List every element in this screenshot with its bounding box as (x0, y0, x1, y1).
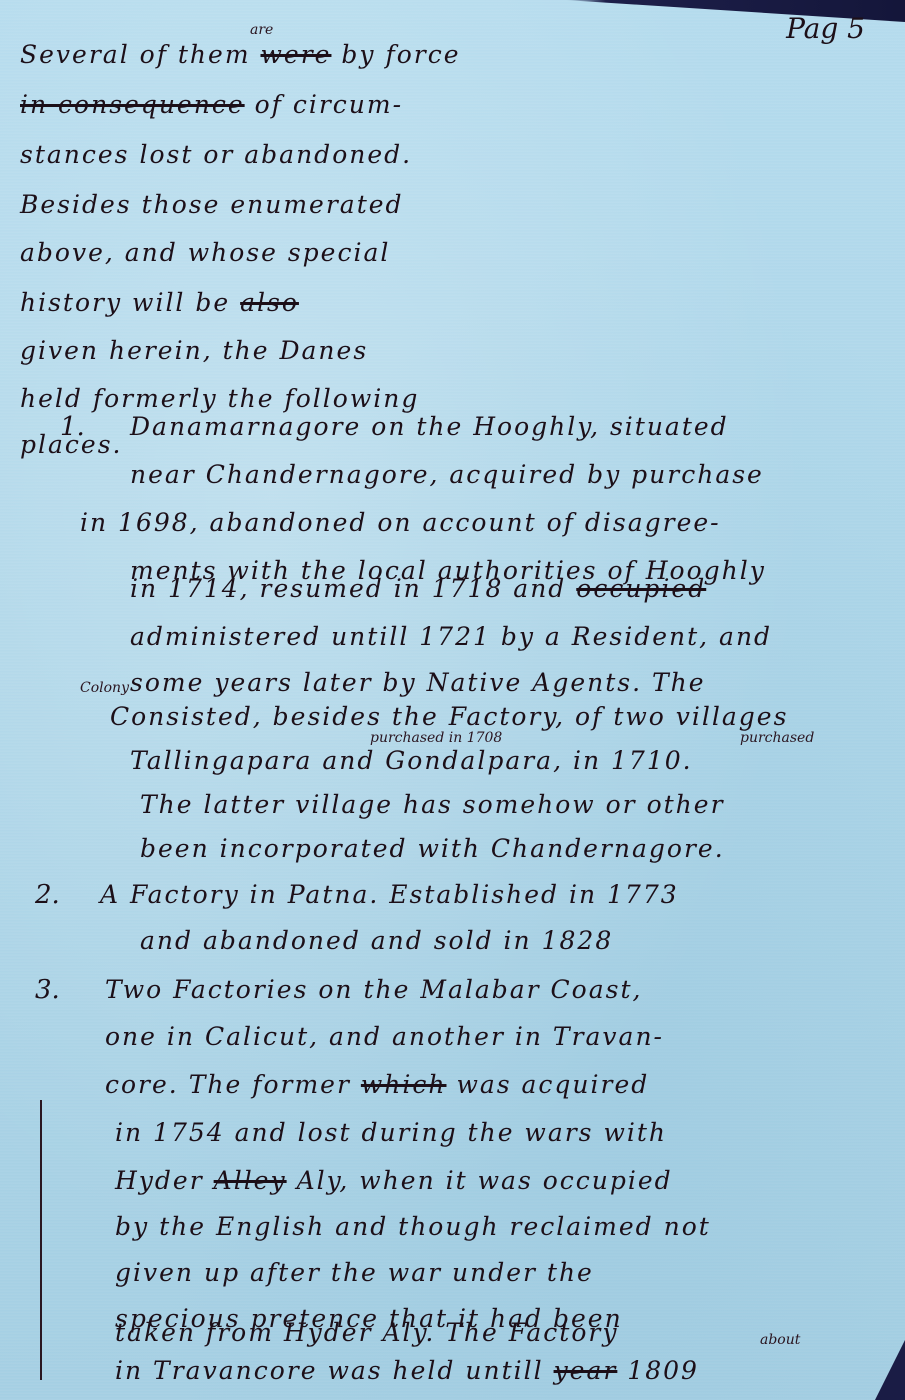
struck-word: occupied (576, 574, 706, 603)
text-line: Tallingapara and Gondalpara, in 1710. (130, 746, 693, 775)
text-line: given up after the war under the (115, 1258, 594, 1287)
item-number: 3. (35, 975, 60, 1005)
text-line: held formerly the following (20, 384, 419, 413)
page-number: Pag 5 (786, 12, 865, 45)
struck-word: year (554, 1356, 618, 1385)
struck-word: also (240, 288, 299, 317)
line-text: by force (341, 40, 460, 69)
text-line: given herein, the Danes (20, 336, 368, 365)
text-line: A Factory in Patna. Established in 1773 (100, 880, 679, 909)
margin-insertion: Colony (80, 680, 129, 696)
text-line: core. The former which was acquired (105, 1070, 649, 1099)
text-line: administered untill 1721 by a Resident, … (130, 622, 772, 651)
page-corner-shadow-bottom (875, 1340, 905, 1400)
text-line: taken from Hyder Aly. The Factory (115, 1318, 618, 1347)
item-number: 2. (35, 880, 60, 910)
line-text: Several of them (20, 40, 251, 69)
insertion-above: about (760, 1332, 800, 1348)
line-text: history will be (20, 288, 230, 317)
line-text: Hyder (115, 1166, 204, 1195)
text-line: in consequence of circum- (20, 90, 403, 119)
text-line: some years later by Native Agents. The (130, 668, 706, 697)
margin-bracket (40, 1100, 46, 1380)
text-line: near Chandernagore, acquired by purchase (130, 460, 764, 489)
struck-word: in consequence (20, 90, 245, 119)
struck-word: were (261, 40, 332, 69)
insertion-above: are (250, 22, 273, 38)
text-line: stances lost or abandoned. (20, 140, 412, 169)
line-text: of circum- (255, 90, 403, 119)
text-line: one in Calicut, and another in Travan- (105, 1022, 664, 1051)
text-line: in 1754 and lost during the wars with (115, 1118, 667, 1147)
insertion-above: purchased in 1708 (370, 730, 502, 746)
manuscript-page: Pag 5 are Several of them were by force … (0, 0, 905, 1400)
text-line: been incorporated with Chandernagore. (140, 834, 725, 863)
struck-word: which (361, 1070, 447, 1099)
text-line: by the English and though reclaimed not (115, 1212, 711, 1241)
text-line: above, and whose special (20, 238, 390, 267)
line-text: in Travancore was held untill (115, 1356, 544, 1385)
text-line: Danamarnagore on the Hooghly, situated (130, 412, 729, 441)
item-number: 1. (60, 412, 85, 442)
text-line: Consisted, besides the Factory, of two v… (110, 702, 788, 731)
text-line: and abandoned and sold in 1828 (140, 926, 613, 955)
text-line: The latter village has somehow or other (140, 790, 725, 819)
line-text: was acquired (456, 1070, 649, 1099)
struck-word: Alley (214, 1166, 287, 1195)
text-line: in 1698, abandoned on account of disagre… (80, 508, 721, 537)
line-text: core. The former (105, 1070, 351, 1099)
text-line: Several of them were by force (20, 40, 461, 69)
text-line: in Travancore was held untill year 1809 (115, 1356, 699, 1385)
line-text: Aly, when it was occupied (297, 1166, 673, 1195)
text-line: history will be also (20, 288, 299, 317)
year-text: 1809 (627, 1356, 699, 1385)
line-text: in 1714, resumed in 1718 and (130, 574, 566, 603)
text-line: Besides those enumerated (20, 190, 404, 219)
text-line: in 1714, resumed in 1718 and occupied (130, 574, 706, 603)
insertion-above: purchased (740, 730, 814, 746)
text-line: Two Factories on the Malabar Coast, (105, 975, 642, 1004)
text-line: Hyder Alley Aly, when it was occupied (115, 1166, 673, 1195)
